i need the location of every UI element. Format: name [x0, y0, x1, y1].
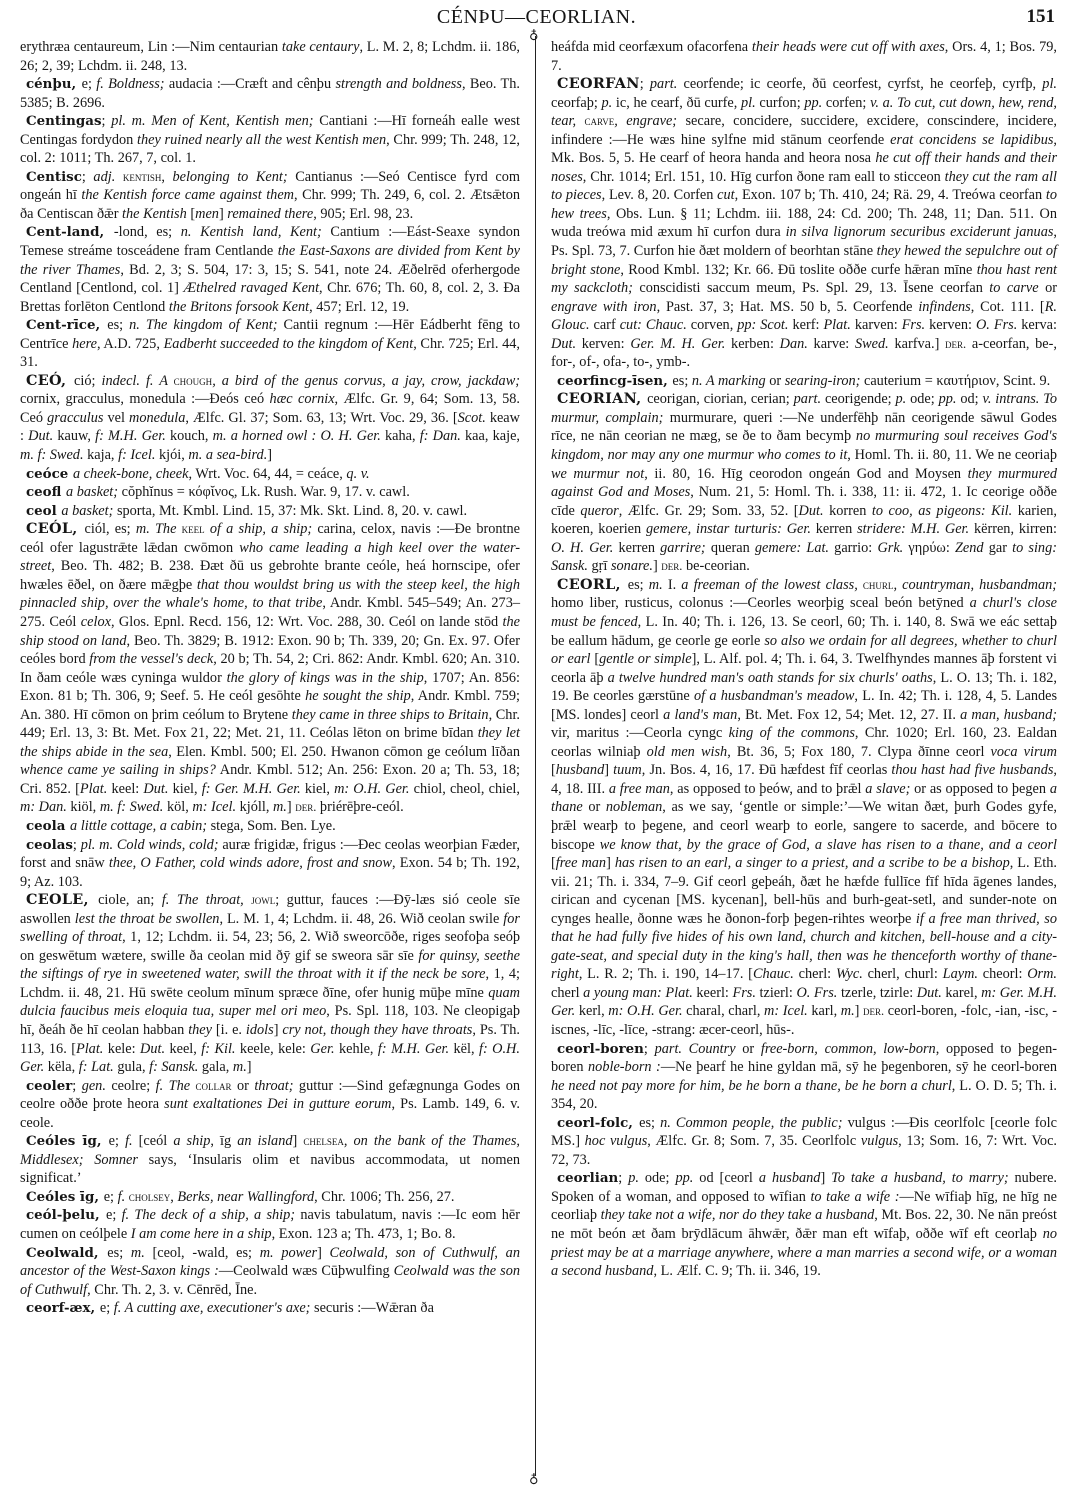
- entry-headword: ceóce: [26, 466, 73, 482]
- entry-text: kël,: [449, 1041, 479, 1057]
- entry-text: kele:: [103, 1041, 140, 1057]
- entry-text: , Past. 37, 3; Hat. MS. 50 b, 5. Ceorfen…: [657, 299, 919, 315]
- entry-text: conscidisti saccum meum, Ps. Spl. 29, 13…: [633, 280, 989, 296]
- entry-text: [ceol, -wald, es;: [145, 1245, 260, 1261]
- entry-text: ]: [606, 855, 615, 871]
- entry-text: γηρύω:: [903, 540, 955, 556]
- entry-text: cornix, gracculus, monedula :—Ðeós ceó: [20, 391, 270, 407]
- italic-gloss: m. power: [260, 1245, 317, 1261]
- entry-text: , Jn. Bos. 4, 16, 17. Ðū hæfdest fīf ceo…: [642, 762, 892, 778]
- italic-gloss: pl. m. Cold winds, cold;: [81, 837, 219, 853]
- entry-text: be-ceorian.: [682, 558, 749, 574]
- entry-text: , Wrt. Voc. 64, 44, = ceáce,: [188, 466, 346, 482]
- italic-gloss: old men wish: [647, 744, 728, 760]
- italic-gloss: searing-iron;: [785, 373, 861, 389]
- entry-text: securis :—Wǣran ða: [310, 1300, 433, 1316]
- dictionary-entry: Cent-rīce, es; n. The kingdom of Kent; C…: [20, 316, 520, 372]
- small-caps-term: carve: [584, 114, 614, 128]
- dictionary-entry: ceorlian; p. ode; pp. od [ceorl a husban…: [551, 1169, 1057, 1280]
- italic-gloss: Berks, near Wallingford: [177, 1189, 314, 1205]
- entry-text: ceorigende;: [821, 391, 895, 407]
- italic-gloss: indecl. f. A: [101, 373, 173, 389]
- entry-text: , Rood Kmbl. 132; Kr. 66. Ðū toslite oðð…: [620, 262, 976, 278]
- entry-headword: ceofl: [26, 484, 66, 500]
- entry-text: or: [766, 373, 785, 389]
- small-caps-term: chelsea: [303, 1134, 344, 1148]
- italic-gloss: f: Kil.: [201, 1041, 235, 1057]
- italic-gloss: has risen to an earl, a singer to a prie…: [615, 855, 1010, 871]
- italic-gloss: f.: [118, 1189, 129, 1205]
- entry-text: I.: [663, 577, 682, 593]
- italic-gloss: , engrave;: [614, 113, 677, 129]
- italic-gloss: take centaury: [282, 39, 360, 55]
- entry-text: ;: [644, 1041, 655, 1057]
- italic-gloss: Dut.: [28, 428, 53, 444]
- italic-gloss: Orm.: [1027, 966, 1057, 982]
- entry-headword: Ceóles īg,: [26, 1133, 109, 1149]
- entry-text: cherl: [551, 985, 583, 1001]
- entry-headword: Centingas: [26, 113, 102, 129]
- italic-gloss: m. a horned owl : O. H. Ger.: [213, 428, 381, 444]
- entry-text: karfva.]: [889, 336, 945, 352]
- dictionary-entry: CEORIAN, ceorigan, ciorian, cerian; part…: [551, 390, 1057, 575]
- column-ornament-top-icon: ♁: [529, 30, 539, 43]
- italic-gloss: engrave with iron: [551, 299, 657, 315]
- italic-gloss: m. a sea-bird.: [188, 447, 267, 463]
- entry-text: ]: [267, 447, 272, 463]
- entry-text: es;: [672, 373, 691, 389]
- italic-gloss: To take a husband, to marry;: [831, 1170, 1008, 1186]
- entry-headword: Cent-rīce,: [26, 317, 107, 333]
- italic-gloss: Plat.: [823, 317, 850, 333]
- italic-gloss: monedula: [129, 410, 185, 426]
- entry-headword: CEORIAN,: [557, 390, 647, 407]
- entry-text: ]: [317, 1245, 329, 1261]
- italic-gloss: a basket;: [61, 503, 113, 519]
- entry-text: kiöl,: [67, 799, 100, 815]
- entry-text: vir, maritus :—Ceorla cyngc: [551, 725, 729, 741]
- italic-gloss: p.: [628, 1170, 639, 1186]
- italic-gloss: a freeman of the lowest class,: [681, 577, 863, 593]
- entry-headword: ceorlian: [557, 1170, 618, 1186]
- italic-gloss: Scot.: [458, 410, 486, 426]
- entry-text: , A.D. 725,: [97, 336, 164, 352]
- italic-gloss: king of the commons: [729, 725, 855, 741]
- entry-text: kerven:: [576, 336, 630, 352]
- italic-gloss: whence came ye sailing in ships?: [20, 762, 216, 778]
- italic-gloss: remained there: [227, 206, 313, 222]
- italic-gloss: Plat.: [76, 1041, 103, 1057]
- entry-text: ceorfaþ;: [551, 95, 602, 111]
- italic-gloss: to coo, as pigeons: Kil.: [872, 503, 1012, 519]
- italic-gloss: here: [72, 336, 97, 352]
- italic-gloss: m.: [233, 1059, 247, 1075]
- entry-text: , Glos. Epnl. Recd. 156, 12: Wrt. Voc. 2…: [111, 614, 503, 630]
- italic-gloss: f. The throat,: [162, 892, 251, 908]
- italic-gloss: tuum: [613, 762, 642, 778]
- entry-text: kerven:: [925, 317, 976, 333]
- italic-gloss: thee, O Father, cold winds adore, frost …: [109, 855, 392, 871]
- column-divider: [535, 36, 536, 1476]
- italic-gloss: m. f: Swed.: [100, 799, 164, 815]
- italic-gloss: the Kentish: [122, 206, 187, 222]
- entry-text: , 457; Erl. 12, 19.: [309, 299, 409, 315]
- italic-gloss: Dut.: [551, 336, 576, 352]
- entry-text: ]: [604, 762, 613, 778]
- entry-text: gala,: [198, 1059, 233, 1075]
- dictionary-entry: ceóce a cheek-bone, cheek, Wrt. Voc. 64,…: [20, 465, 520, 484]
- italic-gloss: p.: [896, 391, 907, 407]
- entry-text: es;: [107, 317, 129, 333]
- italic-gloss: vulgus: [861, 1133, 898, 1149]
- entry-text: köl,: [163, 799, 192, 815]
- italic-gloss: in silva lignorum securibus exciderunt j…: [786, 224, 1054, 240]
- italic-gloss: n. The kingdom of Kent;: [129, 317, 277, 333]
- entry-text: , Elen. Kmbl. 500; El. 250. Hwanon cōmon…: [168, 744, 520, 760]
- italic-gloss: n. Kentish land, Kent;: [181, 224, 322, 240]
- entry-text: ;: [73, 837, 81, 853]
- italic-gloss: the glory of kings was in the ship: [227, 670, 424, 686]
- italic-gloss: idols: [246, 1022, 274, 1038]
- italic-gloss: a basket;: [66, 484, 118, 500]
- italic-gloss: Dut.: [140, 1041, 165, 1057]
- dictionary-entry: erythræa centaureum, Lin :—Nim centauria…: [20, 38, 520, 75]
- italic-gloss: Ger.: [310, 1041, 334, 1057]
- italic-gloss: a ship: [173, 1133, 210, 1149]
- italic-gloss: m.: [131, 1245, 145, 1261]
- entry-text: , Chr. Th. 2, 3. v. Cēnrēd, Īne.: [87, 1282, 257, 1298]
- dictionary-entry: Cent-land, -lond, es; n. Kentish land, K…: [20, 223, 520, 316]
- italic-gloss: q. v.: [346, 466, 369, 482]
- entry-text: ,: [161, 169, 172, 185]
- entry-text: ceorfende; ic ceorfe, ðū ceorfest, cyrfs…: [677, 76, 1042, 92]
- italic-gloss: celox: [81, 614, 111, 630]
- dictionary-entry: Ceóles īg, e; f. cholsey, Berks, near Wa…: [20, 1188, 520, 1207]
- entry-text: carf: [590, 317, 620, 333]
- entry-text: erythræa centaureum, Lin :—Nim centauria…: [20, 39, 282, 55]
- italic-gloss: cut: [717, 187, 734, 203]
- entry-text: ic, he cearf, ðū curfe,: [612, 95, 741, 111]
- italic-gloss: Ger. M. H. Ger.: [630, 336, 725, 352]
- dictionary-entry: Ceóles īg, e; f. [ceól a ship, īg an isl…: [20, 1132, 520, 1188]
- entry-text: homo liber, rusticus, colonus :—Ceorles …: [551, 595, 970, 611]
- italic-gloss: thou hast had five husbands: [891, 762, 1053, 778]
- italic-gloss: a husband: [759, 1170, 821, 1186]
- entry-text: cauterium = καυτήριον, Scint. 9.: [860, 373, 1050, 389]
- entry-text: ]: [247, 1059, 252, 1075]
- entry-text: kouch,: [166, 428, 213, 444]
- entry-text: karl,: [808, 1003, 841, 1019]
- entry-headword: ceorfincg-īsen,: [557, 373, 672, 389]
- italic-gloss: from the vessel's deck: [89, 651, 213, 667]
- entry-text: or: [736, 1041, 761, 1057]
- dictionary-entry: CEORFAN; part. ceorfende; ic ceorfe, ðū …: [551, 75, 1057, 372]
- italic-gloss: gentle or simple: [599, 651, 692, 667]
- entry-text: þriérēþre-ceól.: [316, 799, 403, 815]
- dictionary-entry: ceol a basket; sporta, Mt. Kmbl. Lind. 1…: [20, 502, 520, 521]
- italic-gloss: queror: [580, 503, 618, 519]
- entry-text: [: [187, 206, 195, 222]
- dictionary-entry: ceola a little cottage, a cabin; stega, …: [20, 817, 520, 836]
- entry-text: ciole, an;: [98, 892, 162, 908]
- entry-text: or as opposed to þegen: [910, 781, 1049, 797]
- italic-gloss: lest the throat be swollen: [75, 911, 220, 927]
- small-caps-term: der.: [295, 800, 316, 814]
- entry-text: ]: [287, 799, 295, 815]
- entry-text: corfen;: [822, 95, 870, 111]
- entry-text: karel,: [942, 985, 981, 1001]
- entry-text: , ii. 80, 16. Hīg ceorodon ongeán God an…: [644, 466, 967, 482]
- italic-gloss: a land's man: [663, 707, 737, 723]
- entry-text: or: [583, 799, 606, 815]
- entry-headword: ceolas: [26, 837, 73, 853]
- italic-gloss: Dut.: [799, 503, 824, 519]
- entry-text: [: [591, 651, 600, 667]
- italic-gloss: a man, husband;: [960, 707, 1057, 723]
- italic-gloss: they came in three ships to Britain: [292, 707, 489, 723]
- entry-text: , Bt. 36, 5; Fox 180, 7. Clypa ðīnne ceo…: [727, 744, 990, 760]
- dictionary-entry: ceorf-æx, e; f. A cutting axe, execution…: [20, 1299, 520, 1318]
- italic-gloss: free man: [556, 855, 606, 871]
- entry-headword: Cent-land,: [26, 224, 114, 240]
- entry-text: garrio:: [829, 540, 877, 556]
- entry-text: keel:: [107, 781, 143, 797]
- italic-gloss: Plat.: [80, 781, 107, 797]
- page-number: 151: [1027, 6, 1056, 28]
- small-caps-term: jowl: [251, 893, 275, 907]
- entry-text: [ceól: [133, 1133, 174, 1149]
- dictionary-entry: ceofl a basket; cŏphĭnus = κόφῐνος, Lk. …: [20, 483, 520, 502]
- italic-gloss: m. The: [136, 521, 182, 537]
- entry-text: curfon;: [756, 95, 805, 111]
- dictionary-entry: Ceolwald, es; m. [ceol, -wald, es; m. po…: [20, 1244, 520, 1300]
- italic-gloss: part. Country: [655, 1041, 736, 1057]
- italic-gloss: part.: [650, 76, 677, 92]
- italic-gloss: Wyc.: [836, 966, 863, 982]
- italic-gloss: f: Lat.: [79, 1059, 114, 1075]
- small-caps-term: der.: [863, 1004, 884, 1018]
- entry-text: e;: [109, 1133, 125, 1149]
- entry-text: tzierl:: [756, 985, 797, 1001]
- dictionary-entry: ceorfincg-īsen, es; n. A marking or sear…: [551, 372, 1057, 391]
- italic-gloss: Chauc.: [753, 966, 794, 982]
- entry-headword: ceola: [26, 818, 70, 834]
- entry-headword: CEÓL,: [26, 520, 85, 537]
- italic-gloss: f.: [125, 1133, 133, 1149]
- italic-gloss: voca virum: [991, 744, 1057, 760]
- italic-gloss: m: Icel.: [764, 1003, 808, 1019]
- italic-gloss: O. H. Ger.: [551, 540, 613, 556]
- left-column: erythræa centaureum, Lin :—Nim centauria…: [20, 38, 520, 1318]
- dictionary-entry: Centingas; pl. m. Men of Kent, Kentish m…: [20, 112, 520, 168]
- italic-gloss: we know that, by the grace of God, a sla…: [600, 837, 1057, 853]
- italic-gloss: pl. m. Men of Kent, Kentish men;: [111, 113, 313, 129]
- dictionary-entry: ceorl-folc, es; n. Common people, the pu…: [551, 1114, 1057, 1170]
- small-caps-term: der.: [945, 337, 966, 351]
- italic-gloss: pl.: [1042, 76, 1057, 92]
- small-caps-term: cholsey: [129, 1190, 171, 1204]
- italic-gloss: to take a wife :: [810, 1189, 899, 1205]
- italic-gloss: p.: [602, 95, 613, 111]
- italic-gloss: Eadberht succeeded to the kingdom of Ken…: [164, 336, 414, 352]
- entry-text: tzerle, tzirle:: [837, 985, 916, 1001]
- entry-text: , L. M. 1, 4; Lchdm. ii. 48, 26. Wið ceo…: [219, 911, 503, 927]
- italic-gloss: Grk.: [877, 540, 903, 556]
- entry-text: cherl, churl:: [863, 966, 943, 982]
- entry-text: kerf:: [788, 317, 823, 333]
- entry-headword: CEORFAN: [557, 75, 640, 92]
- italic-gloss: n. A marking: [692, 373, 766, 389]
- entry-text: ;: [72, 1078, 81, 1094]
- entry-text: e;: [100, 1300, 114, 1316]
- entry-text: charal, charl,: [683, 1003, 764, 1019]
- entry-text: chiol, cheol, chiel,: [409, 781, 520, 797]
- entry-text: kaa, kaje,: [461, 428, 520, 444]
- italic-gloss: m: O.H. Ger.: [334, 781, 409, 797]
- italic-gloss: husband: [556, 762, 604, 778]
- italic-gloss: he need not pay more for him, be he born…: [551, 1078, 952, 1094]
- entry-text: , Bt. Met. Fox 12, 54; Met. 12, 27. II.: [737, 707, 960, 723]
- italic-gloss: hæc cornix: [270, 391, 335, 407]
- entry-headword: ceol: [26, 503, 61, 519]
- entry-headword: CEORL,: [557, 576, 628, 593]
- italic-gloss: f. A cutting axe, executioner's axe;: [114, 1300, 311, 1316]
- entry-text: vel: [103, 410, 129, 426]
- entry-text: stega, Som. Ben. Lye.: [207, 818, 336, 834]
- entry-text: cheorl:: [978, 966, 1027, 982]
- entry-text: gar: [984, 540, 1013, 556]
- italic-gloss: n. Common people, the public;: [660, 1115, 842, 1131]
- italic-gloss: I am come here in a ship: [131, 1226, 272, 1242]
- italic-gloss: cut: Chauc.: [620, 317, 687, 333]
- entry-text: cherl:: [794, 966, 836, 982]
- entry-text: es;: [107, 1245, 131, 1261]
- dictionary-entry: ceól-þelu, e; f. The deck of a ship, a s…: [20, 1206, 520, 1243]
- entry-text: ceorigan, ciorian, cerian;: [647, 391, 794, 407]
- entry-text: or: [232, 1078, 255, 1094]
- italic-gloss: f: Dan.: [420, 428, 461, 444]
- italic-gloss: Frs.: [902, 317, 925, 333]
- dictionary-entry: ceoler; gen. ceolre; f. The collar or th…: [20, 1077, 520, 1133]
- italic-gloss: m: Icel.: [192, 799, 236, 815]
- italic-gloss: f. The deck of a ship, a ship;: [122, 1207, 295, 1223]
- entry-text: , Cot. 111. [: [971, 299, 1045, 315]
- italic-gloss: their heads were cut off with axes: [752, 39, 945, 55]
- italic-gloss: gracculus: [47, 410, 103, 426]
- entry-text: , īg: [210, 1133, 237, 1149]
- entry-text: queran: [706, 540, 755, 556]
- entry-text: kehle,: [335, 1041, 378, 1057]
- italic-gloss: Dut.: [143, 781, 168, 797]
- small-caps-term: chough: [174, 374, 213, 388]
- entry-text: këla,: [44, 1059, 79, 1075]
- entry-text: kaha,: [381, 428, 420, 444]
- entry-headword: cénþu,: [26, 76, 82, 92]
- italic-gloss: a young man: Plat.: [583, 985, 693, 1001]
- entry-text: kaja,: [84, 447, 119, 463]
- italic-gloss: they: [188, 1022, 212, 1038]
- entry-text: , Ælfc. Gr. 8; Som. 7, 35. Ceorlfolc: [647, 1133, 861, 1149]
- entry-text: kiel,: [301, 781, 334, 797]
- entry-text: kerl,: [575, 1003, 608, 1019]
- entry-headword: ceoler: [26, 1078, 72, 1094]
- entry-text: ode;: [639, 1170, 676, 1186]
- italic-gloss: to carve: [989, 280, 1038, 296]
- dictionary-entry: CEOLE, ciole, an; f. The throat, jowl; g…: [20, 891, 520, 1076]
- italic-gloss: Frs.: [733, 985, 756, 1001]
- entry-text: es;: [639, 1115, 660, 1131]
- italic-gloss: stridere: M.H. Ger.: [857, 521, 969, 537]
- italic-gloss: the Kentish force came against them: [81, 187, 294, 203]
- italic-gloss: f: Ger. M.H. Ger.: [202, 781, 301, 797]
- entry-text: kiel,: [168, 781, 201, 797]
- entry-text: ]: [820, 1170, 831, 1186]
- italic-gloss: pp.: [804, 95, 822, 111]
- italic-gloss: m. f: Swed.: [20, 447, 84, 463]
- entry-text: ]: [855, 1003, 863, 1019]
- entry-text: , Ælfc. Gr. 29; Som. 33, 52. [: [619, 503, 799, 519]
- entry-text: keele, kele:: [236, 1041, 311, 1057]
- italic-gloss: Dan.: [780, 336, 808, 352]
- entry-text: od [ceorl: [693, 1170, 759, 1186]
- italic-gloss: Laym.: [943, 966, 978, 982]
- italic-gloss: erat concidens se lapidibus: [890, 132, 1053, 148]
- entry-text: e;: [104, 1189, 118, 1205]
- entry-text: —Ne þearf he hine gyldan mā, sȳ he þegen…: [661, 1059, 1057, 1075]
- entry-text: , Exon. 107 b; Th. 410, 24; Rä. 29, 4. T…: [735, 187, 1046, 203]
- entry-text: ]: [293, 1133, 304, 1149]
- dictionary-entry: ceorl-boren; part. Country or free-born,…: [551, 1040, 1057, 1114]
- entry-headword: ceorl-boren: [557, 1041, 644, 1057]
- entry-text: or: [1039, 280, 1057, 296]
- entry-text: kerben:: [725, 336, 779, 352]
- italic-gloss: m.: [273, 799, 287, 815]
- entry-text: ció;: [74, 373, 101, 389]
- entry-text: sporta, Mt. Kmbl. Lind. 15, 37: Mk. Skt.…: [113, 503, 467, 519]
- dictionary-entry: Centisc; adj. kentish, belonging to Kent…: [20, 168, 520, 224]
- italic-gloss: an island: [237, 1133, 292, 1149]
- italic-gloss: f. The: [156, 1078, 196, 1094]
- entry-text: e;: [106, 1207, 122, 1223]
- italic-gloss: a free man: [609, 781, 670, 797]
- entry-text: kerva:: [1017, 317, 1057, 333]
- small-caps-term: keel: [182, 522, 205, 536]
- entry-text: ;: [640, 76, 650, 92]
- italic-gloss: noble-born :: [588, 1059, 661, 1075]
- italic-gloss: free-born, common, low-born: [761, 1041, 936, 1057]
- italic-gloss: , a bird of the genus corvus, a jay, cro…: [212, 373, 520, 389]
- entry-text: cŏphĭnus = κόφῐνος, Lk. Rush. War. 9, 17…: [118, 484, 410, 500]
- italic-gloss: f: Sansk.: [149, 1059, 198, 1075]
- dictionary-entry: CEORL, es; m. I. a freeman of the lowest…: [551, 576, 1057, 1040]
- italic-gloss: Zend: [955, 540, 984, 556]
- italic-gloss: f. Boldness;: [96, 76, 164, 92]
- right-column: heáfda mid ceorfæxum ofacorfena their he…: [551, 38, 1057, 1281]
- entry-headword: CEÓ,: [26, 372, 74, 389]
- entry-text: , as opposed to þeów, and to þrǣl: [670, 781, 865, 797]
- entry-text: corven,: [687, 317, 737, 333]
- italic-gloss: Dut.: [917, 985, 942, 1001]
- italic-gloss: f: M.H. Ger.: [378, 1041, 449, 1057]
- italic-gloss: throat;: [254, 1078, 293, 1094]
- italic-gloss: they ruined nearly all the west Kentish …: [137, 132, 386, 148]
- italic-gloss: gen.: [82, 1078, 106, 1094]
- italic-gloss: m: O.H. Ger.: [608, 1003, 682, 1019]
- italic-gloss: infindens: [918, 299, 970, 315]
- italic-gloss: a slave;: [865, 781, 910, 797]
- entry-text: [i. e.: [212, 1022, 246, 1038]
- italic-gloss: sunt exaltationes Dei in gutture eorum: [164, 1096, 391, 1112]
